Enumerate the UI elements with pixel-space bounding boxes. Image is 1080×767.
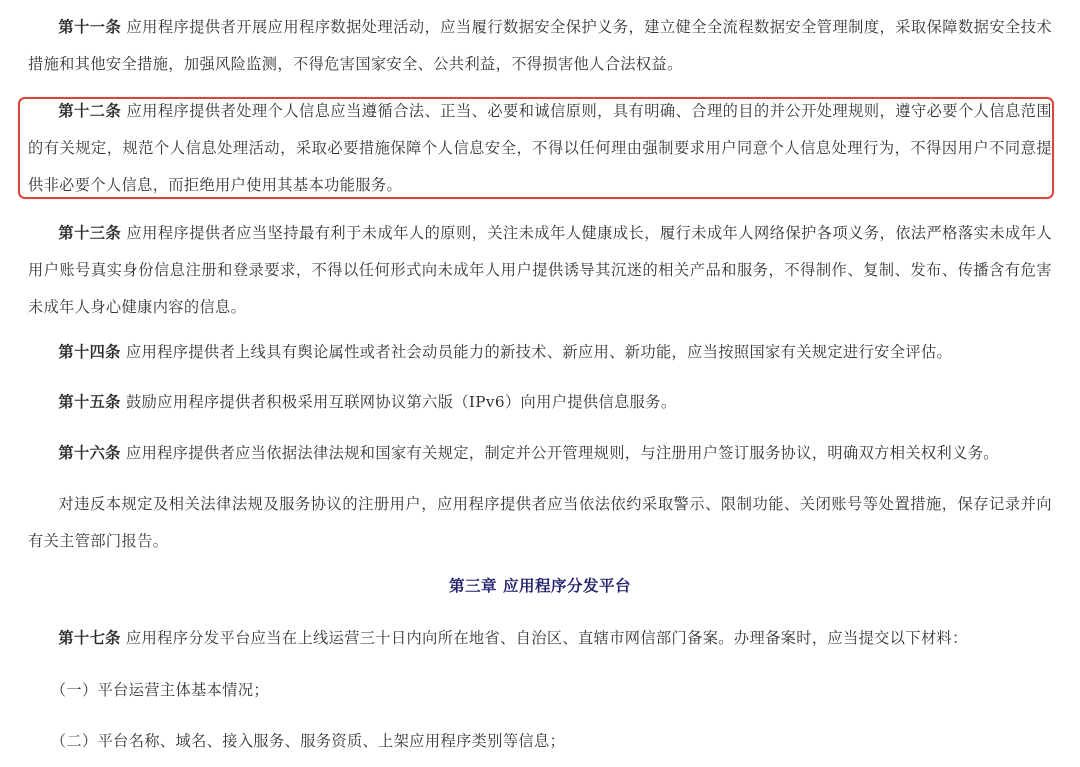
list-item: （一）平台运营主体基本情况； [28, 672, 1052, 709]
article-text: 对违反本规定及相关法律法规及服务协议的注册用户，应用程序提供者应当依法依约采取警… [28, 495, 1052, 550]
article-number: 第十五条 [58, 393, 120, 411]
article-number: 第十一条 [58, 18, 121, 36]
article-13: 第十三条 应用程序提供者应当坚持最有利于未成年人的原则，关注未成年人健康成长，履… [28, 215, 1052, 326]
list-item: （二）平台名称、域名、接入服务、服务资质、上架应用程序类别等信息； [28, 723, 1052, 760]
article-number: 第十二条 [58, 102, 121, 120]
article-16: 第十六条 应用程序提供者应当依据法律法规和国家有关规定，制定并公开管理规则，与注… [28, 435, 1052, 472]
article-11: 第十一条 应用程序提供者开展应用程序数据处理活动，应当履行数据安全保护义务，建立… [28, 9, 1052, 83]
article-text: 鼓励应用程序提供者积极采用互联网协议第六版（IPv6）向用户提供信息服务。 [121, 393, 677, 411]
article-number: 第十三条 [58, 224, 121, 242]
article-text: 应用程序提供者处理个人信息应当遵循合法、正当、必要和诚信原则，具有明确、合理的目… [28, 102, 1052, 194]
article-14: 第十四条 应用程序提供者上线具有舆论属性或者社会动员能力的新技术、新应用、新功能… [28, 334, 1052, 371]
article-text: 应用程序提供者应当坚持最有利于未成年人的原则，关注未成年人健康成长，履行未成年人… [28, 224, 1052, 316]
article-text: 应用程序分发平台应当在上线运营三十日内向所在地省、自治区、直辖市网信部门备案。办… [121, 629, 968, 647]
article-text: 应用程序提供者上线具有舆论属性或者社会动员能力的新技术、新应用、新功能，应当按照… [121, 343, 952, 361]
article-number: 第十四条 [58, 343, 120, 361]
chapter-heading: 第三章 应用程序分发平台 [0, 574, 1080, 596]
article-text: 应用程序提供者应当依据法律法规和国家有关规定，制定并公开管理规则，与注册用户签订… [121, 444, 999, 462]
article-15: 第十五条 鼓励应用程序提供者积极采用互联网协议第六版（IPv6）向用户提供信息服… [28, 384, 1052, 421]
article-number: 第十六条 [58, 444, 120, 462]
article-number: 第十七条 [58, 629, 120, 647]
article-12: 第十二条 应用程序提供者处理个人信息应当遵循合法、正当、必要和诚信原则，具有明确… [28, 93, 1052, 204]
article-17: 第十七条 应用程序分发平台应当在上线运营三十日内向所在地省、自治区、直辖市网信部… [28, 620, 1052, 657]
article-text: 应用程序提供者开展应用程序数据处理活动，应当履行数据安全保护义务，建立健全全流程… [28, 18, 1052, 73]
article-16-paragraph-2: 对违反本规定及相关法律法规及服务协议的注册用户，应用程序提供者应当依法依约采取警… [28, 486, 1052, 560]
